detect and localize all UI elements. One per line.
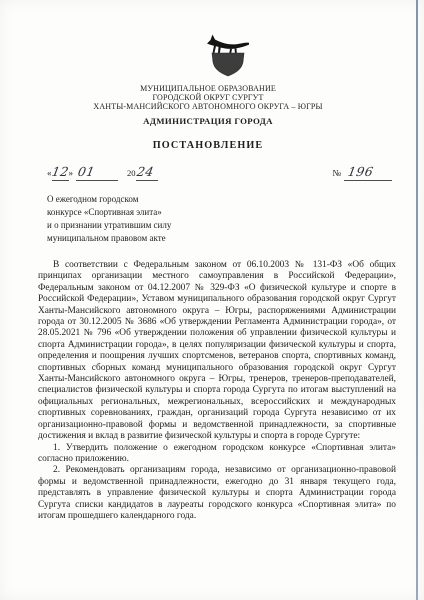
date-year-value: 24 bbox=[135, 165, 154, 178]
date-month-blank: 01 bbox=[76, 165, 118, 181]
date-day-value: 12 bbox=[50, 165, 69, 178]
document-type-title: ПОСТАНОВЛЕНИЕ bbox=[0, 140, 416, 151]
number-blank: 196 bbox=[344, 165, 392, 181]
document-subject: О ежегодном городском конкурсе «Спортивн… bbox=[47, 193, 232, 245]
date-and-number-row: «12»012024 №196 bbox=[47, 163, 392, 181]
paragraph-item-2: 2. Рекомендовать организациям города, не… bbox=[38, 465, 396, 522]
shield-icon bbox=[212, 53, 244, 76]
date-day-blank: 12 bbox=[52, 165, 69, 181]
number-value: 196 bbox=[347, 165, 375, 178]
date-field: «12»012024 bbox=[47, 165, 158, 181]
org-name: МУНИЦИПАЛЬНОЕ ОБРАЗОВАНИЕ ГОРОДСКОЙ ОКРУ… bbox=[0, 84, 416, 111]
date-century-printed: 20 bbox=[127, 166, 136, 181]
coat-of-arms-icon bbox=[205, 31, 251, 77]
subject-line-1: О ежегодном городском bbox=[47, 193, 232, 206]
administration-title: АДМИНИСТРАЦИЯ ГОРОДА bbox=[0, 116, 416, 126]
document-body: В соответствии с Федеральным законом от … bbox=[38, 260, 396, 522]
page-edge-line bbox=[416, 0, 418, 600]
date-year-blank: 24 bbox=[136, 165, 158, 181]
subject-line-2: конкурсе «Спортивная элита» bbox=[47, 206, 232, 219]
number-label: № bbox=[332, 165, 341, 181]
org-name-line-2: ГОРОДСКОЙ ОКРУГ СУРГУТ bbox=[0, 93, 416, 102]
org-name-line-3: ХАНТЫ-МАНСИЙСКОГО АВТОНОМНОГО ОКРУГА – Ю… bbox=[0, 102, 416, 111]
subject-line-3: и о признании утратившим силу bbox=[47, 219, 232, 232]
date-month-value: 01 bbox=[77, 165, 96, 178]
document-number-field: №196 bbox=[332, 165, 392, 181]
org-name-line-1: МУНИЦИПАЛЬНОЕ ОБРАЗОВАНИЕ bbox=[0, 84, 416, 93]
surgut-coat-of-arms bbox=[205, 31, 251, 77]
paragraph-item-1: 1. Утвердить положение о ежегодном город… bbox=[38, 443, 396, 466]
fox-icon bbox=[207, 35, 249, 54]
paragraph-legal-basis: В соответствии с Федеральным законом от … bbox=[38, 260, 396, 443]
document-page: МУНИЦИПАЛЬНОЕ ОБРАЗОВАНИЕ ГОРОДСКОЙ ОКРУ… bbox=[0, 0, 424, 600]
subject-line-4: муниципальном правовом акте bbox=[47, 232, 232, 245]
